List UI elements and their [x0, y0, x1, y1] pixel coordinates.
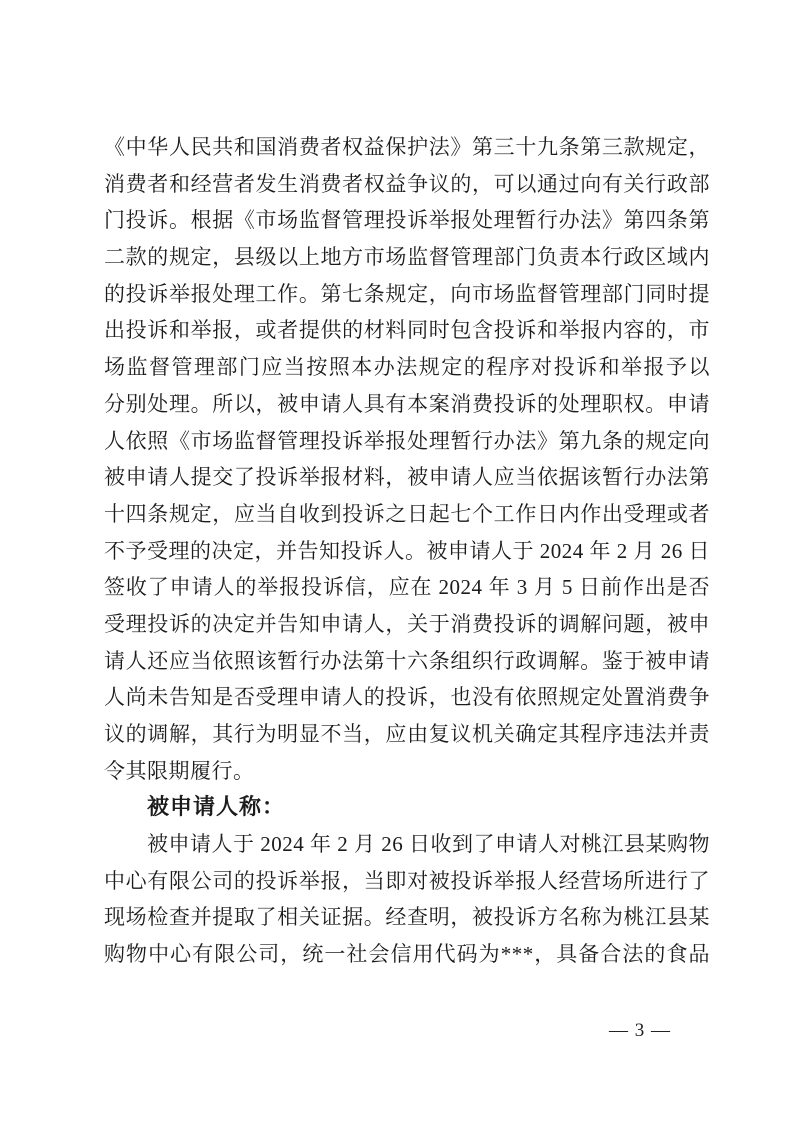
body-line: 十四条规定，应当自收到投诉之日起七个工作日内作出受理或者	[104, 496, 710, 533]
body-line: 场监督管理部门应当按照本办法规定的程序对投诉和举报予以	[104, 349, 710, 386]
body-line: 被申请人于 2024 年 2 月 26 日收到了申请人对桃江县某购物	[104, 826, 710, 863]
body-line: 门投诉。根据《市场监督管理投诉举报处理暂行办法》第四条第	[104, 202, 710, 239]
body-line: 人尚未告知是否受理申请人的投诉，也没有依照规定处置消费争	[104, 679, 710, 716]
body-line: 出投诉和举报，或者提供的材料同时包含投诉和举报内容的，市	[104, 312, 710, 349]
document-page: 《中华人民共和国消费者权益保护法》第三十九条第三款规定， 消费者和经营者发生消费…	[0, 0, 793, 1122]
body-line: 不予受理的决定，并告知投诉人。被申请人于 2024 年 2 月 26 日	[104, 533, 710, 570]
body-line: 现场检查并提取了相关证据。经查明，被投诉方名称为桃江县某	[104, 899, 710, 936]
body-line: 的投诉举报处理工作。第七条规定，向市场监督管理部门同时提	[104, 276, 710, 313]
body-line: 消费者和经营者发生消费者权益争议的，可以通过向有关行政部	[104, 166, 710, 203]
body-line: 分别处理。所以，被申请人具有本案消费投诉的处理职权。申请	[104, 386, 710, 423]
body-line: 签收了申请人的举报投诉信，应在 2024 年 3 月 5 日前作出是否	[104, 569, 710, 606]
body-line: 二款的规定，县级以上地方市场监督管理部门负责本行政区域内	[104, 239, 710, 276]
body-line: 议的调解，其行为明显不当，应由复议机关确定其程序违法并责	[104, 716, 710, 753]
body-line: 中心有限公司的投诉举报，当即对被投诉举报人经营场所进行了	[104, 863, 710, 900]
section-heading: 被申请人称：	[104, 789, 710, 826]
body-line: 请人还应当依照该暂行办法第十六条组织行政调解。鉴于被申请	[104, 643, 710, 680]
body-line: 令其限期履行。	[104, 753, 710, 790]
document-body: 《中华人民共和国消费者权益保护法》第三十九条第三款规定， 消费者和经营者发生消费…	[104, 129, 710, 973]
body-line: 购物中心有限公司，统一社会信用代码为***，具备合法的食品	[104, 936, 710, 973]
body-line: 被申请人提交了投诉举报材料，被申请人应当依据该暂行办法第	[104, 459, 710, 496]
body-line: 人依照《市场监督管理投诉举报处理暂行办法》第九条的规定向	[104, 423, 710, 460]
page-number: — 3 —	[609, 1018, 671, 1044]
body-line: 《中华人民共和国消费者权益保护法》第三十九条第三款规定，	[104, 129, 710, 166]
body-line: 受理投诉的决定并告知申请人，关于消费投诉的调解问题，被申	[104, 606, 710, 643]
